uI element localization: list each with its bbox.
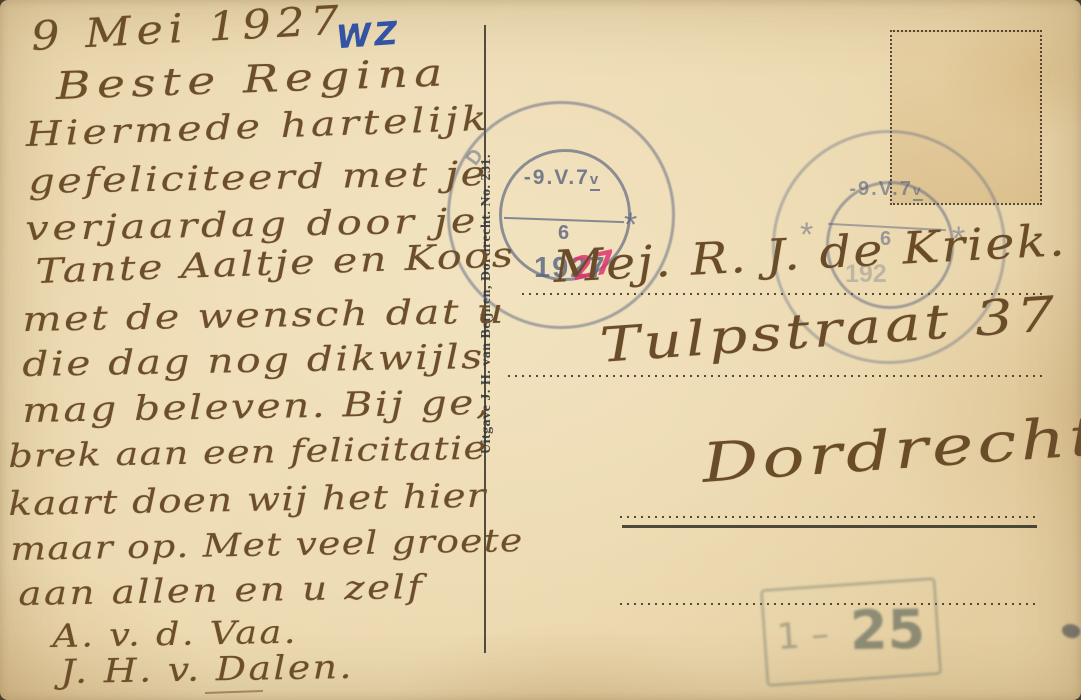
address-line-rule-3 bbox=[620, 516, 1040, 518]
postmark-right-date: -9.V.7v bbox=[818, 178, 954, 201]
address-line-rule-3-solid bbox=[622, 525, 1037, 528]
message-line: kaart doen wij het hier bbox=[8, 476, 487, 523]
message-line: Hiermede hartelijk bbox=[25, 99, 491, 155]
fee-stamp-left: 1 – bbox=[775, 613, 830, 658]
signature-line: J. H. v. Dalen. bbox=[60, 647, 354, 691]
postmark-left-date-text: -9.V.7 bbox=[524, 166, 590, 189]
signature-flourish bbox=[205, 690, 263, 694]
postmark-right-time-mark: v bbox=[913, 182, 923, 201]
message-line: Beste Regina bbox=[55, 50, 449, 108]
fee-stamp-value: 25 bbox=[850, 597, 926, 661]
postmark-left-date: -9.V.7v bbox=[496, 166, 628, 190]
postmark-left-time-mark: v bbox=[590, 171, 600, 191]
message-line: mag beleven. Bij ge, bbox=[22, 383, 491, 431]
address-line-rule-2 bbox=[508, 375, 1045, 377]
message-line: gefeliciteerd met je bbox=[28, 154, 488, 202]
message-line: brek aan een felicitatie bbox=[8, 429, 488, 475]
ink-speck bbox=[1060, 621, 1081, 641]
fee-stamp-box: 1 – 25 bbox=[760, 577, 942, 687]
wz-mark: WZ bbox=[335, 14, 402, 56]
postmark-right-date-text: -9.V.7 bbox=[849, 178, 913, 200]
address-city: Dordrecht. bbox=[700, 402, 1081, 495]
message-line: maar op. Met veel groete bbox=[10, 521, 524, 568]
message-line: aan allen en u zelf bbox=[18, 567, 424, 613]
message-line: die dag nog dikwijls bbox=[22, 337, 485, 385]
message-date: 9 Mei 1927. bbox=[30, 0, 366, 60]
postcard-back: Uitgave J. H. van Beijnen, Dordrecht. No… bbox=[0, 0, 1081, 700]
message-line: met de wensch dat u bbox=[22, 292, 506, 340]
